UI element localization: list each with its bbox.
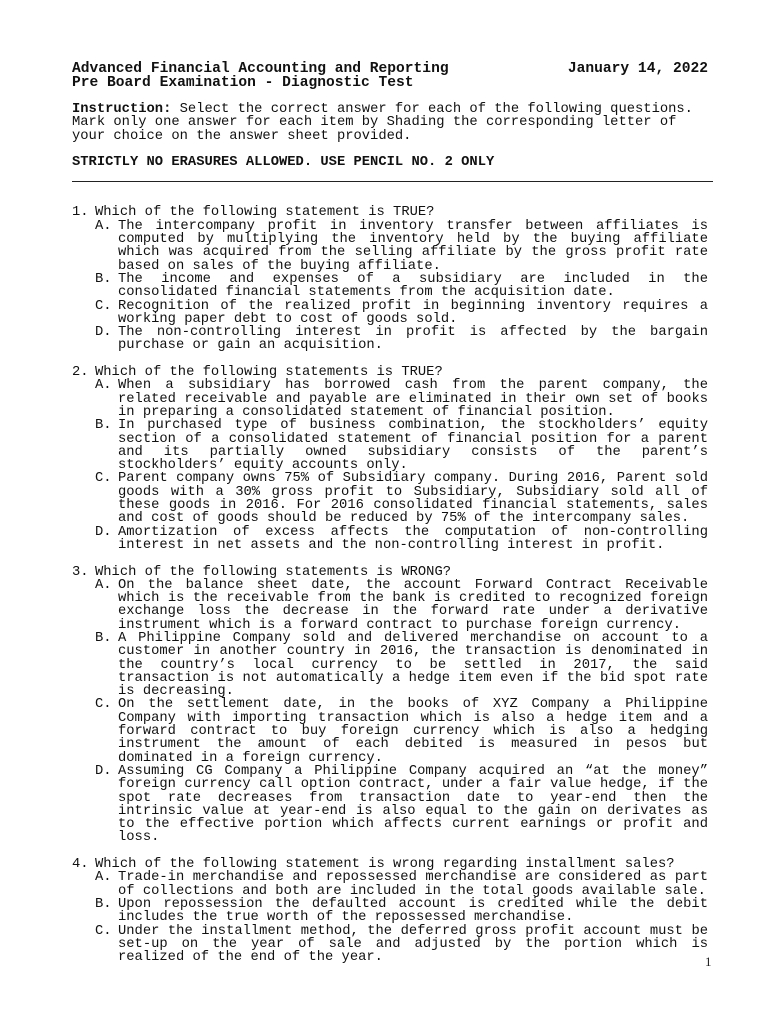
option-text: Amortization of excess affects the compu…	[118, 526, 708, 553]
option-c: C.Parent company owns 75% of Subsidiary …	[72, 472, 708, 525]
option-text: Upon repossession the defaulted account …	[118, 898, 708, 925]
exam-page: Advanced Financial Accounting and Report…	[72, 62, 708, 978]
question-3: 3. Which of the following statements is …	[72, 566, 708, 845]
option-text: A Philippine Company sold and delivered …	[118, 632, 708, 698]
question-number: 1.	[72, 206, 95, 219]
option-text: In purchased type of business combinatio…	[118, 419, 708, 472]
option-letter: B.	[95, 898, 118, 925]
option-text: Assuming CG Company a Philippine Company…	[118, 765, 708, 845]
option-c: C.On the settlement date, in the books o…	[72, 698, 708, 764]
option-letter: B.	[95, 273, 118, 300]
option-b: B.The income and expenses of a subsidiar…	[72, 273, 708, 300]
warning-notice: STRICTLY NO ERASURES ALLOWED. USE PENCIL…	[72, 156, 708, 169]
question-4: 4. Which of the following statement is w…	[72, 858, 708, 964]
instruction-paragraph: Instruction: Select the correct answer f…	[72, 103, 708, 143]
option-letter: D.	[95, 326, 118, 353]
option-text: The intercompany profit in inventory tra…	[118, 220, 708, 273]
question-text: Which of the following statement is TRUE…	[95, 206, 434, 219]
option-text: On the settlement date, in the books of …	[118, 698, 708, 764]
exam-date: January 14, 2022	[568, 62, 708, 76]
option-text: Parent company owns 75% of Subsidiary co…	[118, 472, 708, 525]
question-header: 1. Which of the following statement is T…	[72, 206, 708, 219]
option-text: Recognition of the realized profit in be…	[118, 300, 708, 327]
option-a: A.The intercompany profit in inventory t…	[72, 220, 708, 273]
option-c: C.Under the installment method, the defe…	[72, 925, 708, 965]
option-letter: B.	[95, 632, 118, 698]
option-letter: C.	[95, 472, 118, 525]
question-2: 2. Which of the following statements is …	[72, 366, 708, 552]
option-b: B.A Philippine Company sold and delivere…	[72, 632, 708, 698]
option-text: The income and expenses of a subsidiary …	[118, 273, 708, 300]
option-text: On the balance sheet date, the account F…	[118, 579, 708, 632]
option-c: C.Recognition of the realized profit in …	[72, 300, 708, 327]
option-b: B.In purchased type of business combinat…	[72, 419, 708, 472]
option-letter: A.	[95, 579, 118, 632]
question-number: 4.	[72, 858, 95, 871]
option-a: A.Trade-in merchandise and repossessed m…	[72, 871, 708, 898]
option-letter: A.	[95, 871, 118, 898]
question-text: Which of the following statements is WRO…	[95, 566, 451, 579]
option-a: A.On the balance sheet date, the account…	[72, 579, 708, 632]
option-d: D.Amortization of excess affects the com…	[72, 526, 708, 553]
option-letter: A.	[95, 379, 118, 419]
question-number: 2.	[72, 366, 95, 379]
question-1: 1. Which of the following statement is T…	[72, 206, 708, 352]
option-text: When a subsidiary has borrowed cash from…	[118, 379, 708, 419]
question-list: 1. Which of the following statement is T…	[72, 206, 708, 964]
header-row: Advanced Financial Accounting and Report…	[72, 62, 708, 76]
option-letter: C.	[95, 925, 118, 965]
horizontal-divider	[72, 181, 713, 182]
option-text: The non-controlling interest in profit i…	[118, 326, 708, 353]
option-d: D.The non-controlling interest in profit…	[72, 326, 708, 353]
question-number: 3.	[72, 566, 95, 579]
question-header: 3. Which of the following statements is …	[72, 566, 708, 579]
option-letter: B.	[95, 419, 118, 472]
option-b: B.Upon repossession the defaulted accoun…	[72, 898, 708, 925]
exam-title: Pre Board Examination - Diagnostic Test	[72, 76, 708, 90]
option-letter: D.	[95, 765, 118, 845]
option-d: D.Assuming CG Company a Philippine Compa…	[72, 765, 708, 845]
option-letter: D.	[95, 526, 118, 553]
option-a: A.When a subsidiary has borrowed cash fr…	[72, 379, 708, 419]
option-text: Trade-in merchandise and repossessed mer…	[118, 871, 708, 898]
option-letter: C.	[95, 300, 118, 327]
course-title: Advanced Financial Accounting and Report…	[72, 62, 449, 76]
option-letter: A.	[95, 220, 118, 273]
option-text: Under the installment method, the deferr…	[118, 925, 708, 965]
page-number: 1	[705, 954, 712, 970]
option-letter: C.	[95, 698, 118, 764]
